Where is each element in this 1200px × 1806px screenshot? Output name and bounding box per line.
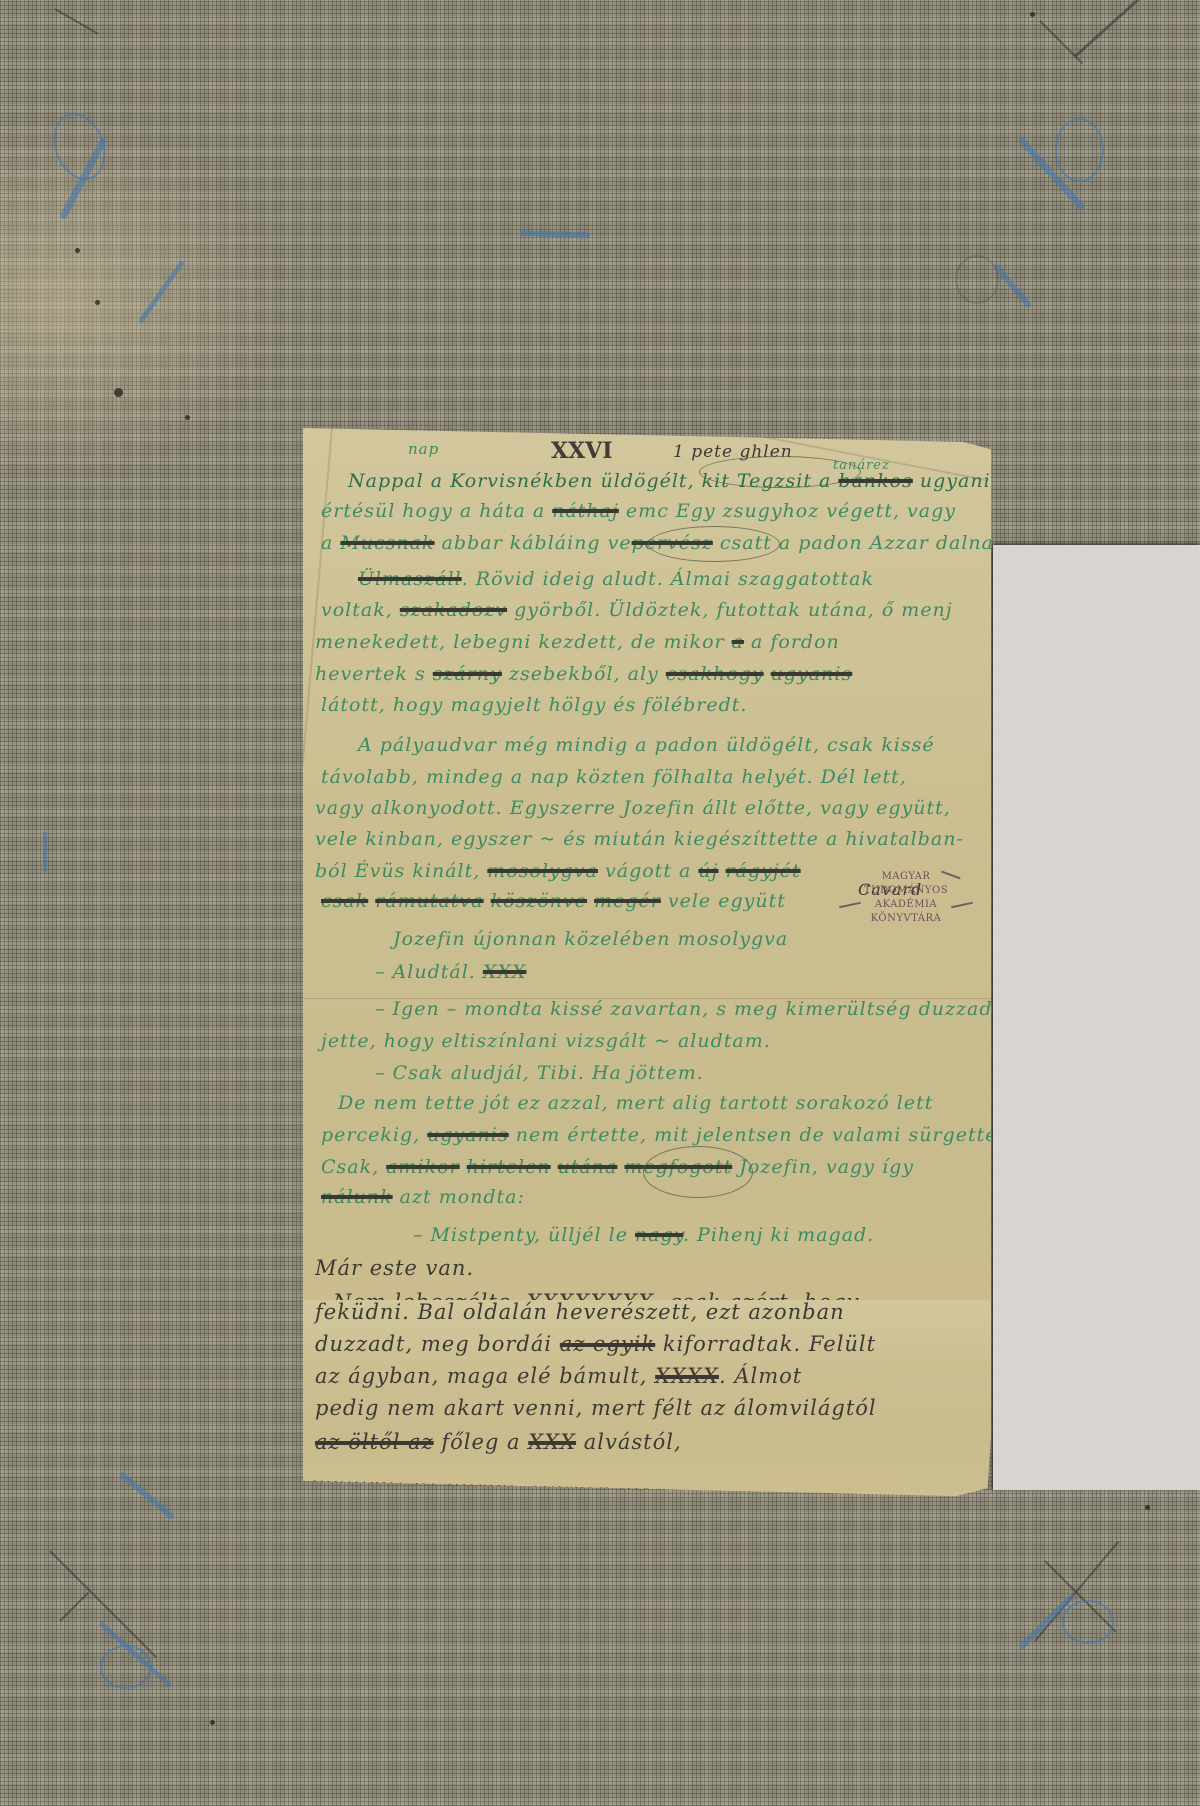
stamp-line-3: KÖNYVTÁRA	[831, 912, 981, 926]
chapter-number: XXVI	[551, 438, 613, 464]
manuscript-line: Csak, amikor hirtelen utána megfogott Jo…	[321, 1156, 914, 1178]
library-stamp: MAGYAR TUDOMÁNYOS AKADÉMIA KÖNYVTÁRA	[831, 870, 981, 926]
white-blank-sheet	[993, 545, 1200, 1490]
manuscript-line: értésül hogy a háta a náthaj emc Egy zsu…	[321, 500, 956, 522]
manuscript-line: Ülmaszáll. Rövid ideig aludt. Álmai szag…	[358, 568, 874, 590]
manuscript-line: voltak, szakadozv györből. Üldöztek, fut…	[321, 599, 953, 621]
manuscript-line: látott, hogy magyjelt hölgy és fölébredt…	[321, 694, 747, 716]
manuscript-line: De nem tette jót ez azzal, mert alig tar…	[338, 1092, 933, 1114]
manuscript-line: az ágyban, maga elé bámult, XXXX. Álmot	[315, 1364, 802, 1388]
manuscript-line: percekig, ugyanis nem értette, mit jelen…	[321, 1124, 1005, 1146]
stamp-line-2: TUDOMÁNYOS AKADÉMIA	[831, 884, 981, 912]
manuscript-line: jette, hogy eltiszínlani vizsgált ~ alud…	[321, 1030, 771, 1052]
manuscript-line: – Aludtál. XXX	[375, 961, 526, 983]
manuscript-line: – Mistpenty, ülljél le nagy. Pihenj ki m…	[413, 1224, 874, 1246]
manuscript-line: Nappal a Korvisnékben üldögélt, kit Tegz…	[348, 470, 1001, 492]
manuscript-line: vagy alkonyodott. Egyszerre Jozefin állt…	[315, 797, 951, 819]
blue-dash-top	[520, 230, 590, 238]
manuscript-line: – Csak aludjál, Tibi. Ha jöttem.	[375, 1062, 704, 1084]
manuscript-page-lower: feküdni. Bal oldalán heverészett, ezt az…	[303, 1300, 991, 1496]
manuscript-line: Jozefin újonnan közelében mosolygva	[393, 928, 788, 950]
manuscript-line: duzzadt, meg bordái az egyik kiforradtak…	[315, 1332, 876, 1356]
manuscript-line: vele kinban, egyszer ~ és miután kiegész…	[315, 828, 964, 850]
manuscript-line: csak rámutatva köszönve megér vele együt…	[321, 890, 786, 912]
manuscript-line: A pályaudvar még mindig a padon üldögélt…	[358, 734, 935, 756]
manuscript-line: feküdni. Bal oldalán heverészett, ezt az…	[315, 1300, 845, 1324]
circled-annotation	[643, 1146, 753, 1198]
manuscript-line: nálunk azt mondta:	[321, 1186, 525, 1208]
manuscript-line: távolabb, mindeg a nap közten fölhalta h…	[321, 766, 907, 788]
manuscript-line: menekedett, lebegni kezdett, de mikor a …	[315, 631, 840, 653]
blue-dash-left	[43, 832, 47, 872]
manuscript-line: – Igen – mondta kissé zavartan, s meg ki…	[375, 998, 1009, 1020]
insert-word: nap	[408, 440, 439, 458]
manuscript-line: pedig nem akart venni, mert félt az álom…	[315, 1396, 877, 1420]
manuscript-line: Már este van.	[315, 1256, 474, 1280]
manuscript-line: az öltől az főleg a XXX alvástól,	[315, 1430, 682, 1454]
manuscript-line: hevertek s szárny zsebekből, aly csakhog…	[315, 663, 852, 685]
manuscript-line: ból Évüs kinált, mosolygva vágott a új r…	[315, 860, 801, 882]
circled-annotation	[648, 526, 780, 562]
